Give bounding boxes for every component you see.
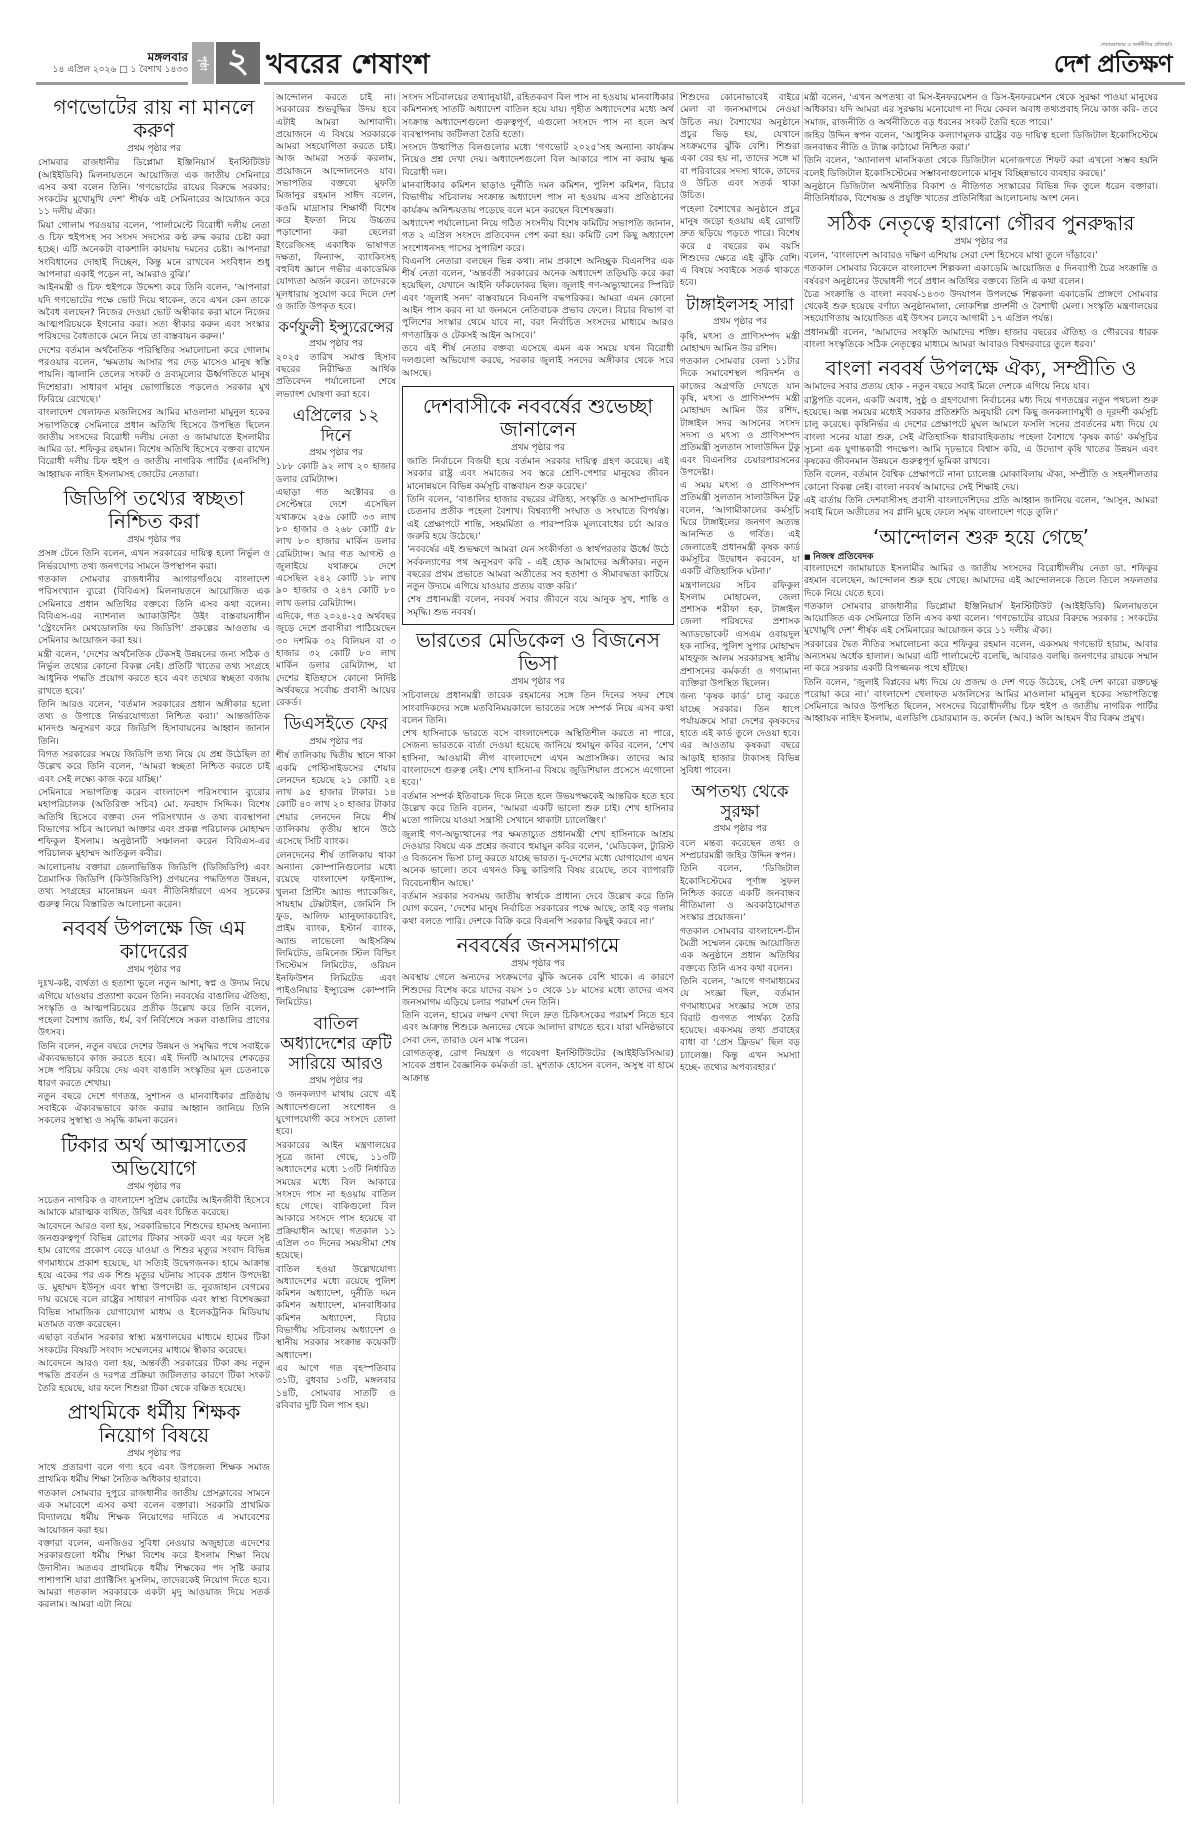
column-divider	[273, 92, 274, 1804]
newspaper-brand: শেয়ারবাজার ও অর্থনীতির প্রতিচ্ছবি দেশ প…	[1054, 42, 1172, 79]
story-paragraph: বিগত সরকারের সময়ে জিডিপি তথ্য নিয়ে যে …	[38, 749, 270, 786]
story-paragraph: সংসদ সচিবালয়ের তথ্যানুযায়ী, রহিতকরণ বি…	[402, 92, 674, 141]
story-paragraph: বর্তমান সম্পর্ক ইতিবাচক দিকে নিতে হলে উভ…	[402, 791, 674, 828]
continuation-label: প্রথম পৃষ্ঠার পর	[402, 958, 674, 970]
story-paragraph: এর আগে গত বৃহস্পতিবার ৩১টি, বুধবার ১৩টি,…	[276, 1363, 396, 1412]
continuation-label: প্রথম পৃষ্ঠার পর	[407, 442, 669, 454]
story-karnaphuli[interactable]: কর্ণফুলী ইন্স্যুরেন্সের প্রথম পৃষ্ঠার পর…	[276, 319, 396, 401]
story-remittance[interactable]: এপ্রিলের ১২ দিনে প্রথম পৃষ্ঠার পর ১৮৮ কো…	[276, 407, 396, 709]
story-paragraph: আবেদনে আরও বলা হয়, সরকারিভাবে শিশুদের হ…	[38, 1221, 270, 1332]
headline: জিডিপি তথ্যের স্বচ্ছতা নিশ্চিত করা	[38, 487, 270, 533]
column-divider	[677, 92, 678, 1804]
continuation-label: প্রথম পৃষ্ঠার পর	[38, 534, 270, 546]
headline: নববর্ষ উপলক্ষে জি এম কাদেরের	[38, 917, 270, 963]
story-paragraph: গতকাল সোমবার বেলা ১১টার দিকে সমাবেশস্থল …	[680, 356, 800, 479]
story-paragraph: দেশের বর্তমান অর্থনৈতিক পরিস্থিতির সমালো…	[38, 345, 270, 406]
story-paragraph: গতকাল সোমবার বাংলাদেশ-চীন মৈত্রী সম্মেলন…	[680, 926, 800, 975]
headline: টিকার অর্থ আত্মসাতের অভিযোগে	[38, 1134, 270, 1180]
story-paragraph: পহেলা বৈশাখের অনুষ্ঠানে প্রচুর মানুষ জড়…	[680, 204, 800, 290]
story-continuation[interactable]: আন্দোলন করতে চাই না। সরকারের শুভবুদ্ধির …	[276, 92, 396, 313]
continuation-label: প্রথম পৃষ্ঠার পর	[38, 1181, 270, 1193]
column-5: মন্ত্রী বলেন, ‘এখন অপতথ্য বা মিস-ইনফরমেশ…	[804, 92, 1158, 1804]
story-paragraph: গতকাল সোমবার রাজধানীর ডিপ্লোমা ইঞ্জিনিয়…	[804, 601, 1158, 638]
story-paragraph: কৃষি, মৎস্য ও প্রাণিসম্পদ মন্ত্রী মোহাম্…	[680, 331, 800, 356]
story-paragraph: রাষ্ট্রপতি বলেন, একটি অবাধ, সুষ্ঠু ও গ্র…	[804, 395, 1158, 469]
headline: বাংলা নববর্ষ উপলক্ষে ঐক্য, সম্প্রীতি ও	[804, 357, 1158, 380]
story-paragraph: গতকাল সোমবার রাজধানীর আগারগাঁওয়ে বাংলাদ…	[38, 574, 270, 648]
headline: টাঙ্গাইলসহ সারা	[680, 296, 800, 316]
story-paragraph: বাংলাদেশ খেলাফত মজলিসের আমির মাওলানা মাম…	[38, 407, 270, 481]
story-paragraph: অধ্যাদেশ পর্যালোচনা নিয়ে গঠিত সংসদীয় ব…	[402, 218, 674, 255]
story-paragraph: এই বার্তায় তিনি দেশবাসীসহ প্রবাসী বাংলা…	[804, 495, 1158, 520]
headline: বাতিল অধ্যাদেশের ত্রুটি সারিয়ে আরও	[276, 1015, 396, 1074]
column-divider	[802, 92, 803, 1804]
story-paragraph: সোমবার রাজধানীর ডিপ্লোমা ইঞ্জিনিয়ার্স ই…	[38, 157, 270, 218]
story-paragraph: সরকারের দ্বৈত নীতির সমালোচনা করে শফিকুর …	[804, 639, 1158, 676]
story-paragraph: জাতি নির্বাচনে বিজয়ী হয়ে বর্তমান সরকার…	[407, 456, 669, 493]
story-paragraph: অনুষ্ঠানে ডিজিটাল অর্থনীতির বিকাশ ও নীতি…	[804, 181, 1158, 206]
story-paragraph: মিয়া গোলাম পরওয়ার বলেন, ‘পার্লামেন্টে …	[38, 220, 270, 281]
column-1: গণভোটের রায় না মানলে করুণ প্রথম পৃষ্ঠার…	[38, 92, 270, 1804]
column-4: শিশুদের কোনোভাবেই বাইরে মেলা বা জনসমাগমে…	[680, 92, 800, 1804]
continuation-label: প্রথম পৃষ্ঠার পর	[402, 676, 674, 688]
story-paragraph: আইনমন্ত্রী ও চিফ হুইপকে উদ্দেশ্য করে তিন…	[38, 282, 270, 343]
story-unity-harmony[interactable]: বাংলা নববর্ষ উপলক্ষে ঐক্য, সম্প্রীতি ও আ…	[804, 357, 1158, 519]
story-paragraph: বলেন, ‘বাংলাদেশ আবারও দক্ষিণ এশিয়ায় সে…	[804, 250, 1158, 262]
continuation-label: প্রথম পৃষ্ঠার পর	[276, 447, 396, 459]
story-paragraph: মন্ত্রণালয়ের সচিব রফিকুল ইসলাম মোহামেল,…	[680, 580, 800, 691]
story-movement-started[interactable]: ‘আন্দোলন শুরু হয়ে গেছে’ নিজস্ব প্রতিবেদ…	[804, 526, 1158, 726]
story-paragraph: জুলাই গণ-অভ্যুত্থানের পর ক্ষমতাচ্যুত প্র…	[402, 829, 674, 890]
story-paragraph: প্রধানমন্ত্রী বলেন, ‘আমাদের সংস্কৃতি আমা…	[804, 327, 1158, 352]
story-gdp[interactable]: জিডিপি তথ্যের স্বচ্ছতা নিশ্চিত করা প্রথম…	[38, 487, 270, 911]
story-paragraph: তিনি বলেন, ‘ডিজিটাল ইকোসিস্টেমের পূর্ণাঙ…	[680, 863, 800, 924]
story-paragraph: তিনি বলেন, ‘আগে গণমাধ্যমের যে সংজ্ঞা ছিল…	[680, 976, 800, 1074]
headline: প্রাথমিকে ধর্মীয় শিক্ষক নিয়োগ বিষয়ে	[38, 1401, 270, 1447]
story-paragraph: সংসদে উত্থাপিত বিলগুলোর মধ্যে ‘গণভোট ২০২…	[402, 142, 674, 179]
continuation-label: প্রথম পৃষ্ঠার পর	[38, 1448, 270, 1460]
story-gonovote[interactable]: গণভোটের রায় না মানলে করুণ প্রথম পৃষ্ঠার…	[38, 96, 270, 481]
story-paragraph: আমাদের সবার প্রত্যয় হোক - নতুন বছরে সবা…	[804, 381, 1158, 393]
story-paragraph: বক্তারা বলেন, এনজিওর সুবিধা নেওয়ার অজুহ…	[38, 1538, 270, 1612]
story-paragraph: শেষ প্রধানমন্ত্রী বলেন, নববর্ষ সবার জীবন…	[407, 594, 669, 619]
page-masthead: মঙ্গলবার ১৪ এপ্রিল ২০২৬ □ ১ বৈশাখ ১৪৩৩ প…	[0, 0, 1200, 82]
headline: কর্ণফুলী ইন্স্যুরেন্সের	[276, 319, 396, 336]
byline: নিজস্ব প্রতিবেদক	[804, 551, 1158, 563]
continuation-label: প্রথম পৃষ্ঠার পর	[680, 823, 800, 835]
story-paragraph: সচিবালয়ে প্রধানমন্ত্রী তারেক রহমানের সঙ…	[402, 690, 674, 727]
story-paragraph: রোগতত্ত্ব, রোগ নিয়ন্ত্রণ ও গবেষণা ইনস্ট…	[402, 1048, 674, 1085]
headline: নববর্ষের জনসমাগমে	[402, 934, 674, 957]
headline: সঠিক নেতৃত্বে হারানো গৌরব পুনরুদ্ধার	[804, 212, 1158, 235]
story-lost-glory[interactable]: সঠিক নেতৃত্বে হারানো গৌরব পুনরুদ্ধার প্র…	[804, 212, 1158, 352]
column-2: আন্দোলন করতে চাই না। সরকারের শুভবুদ্ধির …	[276, 92, 396, 1804]
story-crowd-measles[interactable]: নববর্ষের জনসমাগমে প্রথম পৃষ্ঠার পর অবস্থ…	[402, 934, 674, 1085]
story-misinformation[interactable]: অপতথ্য থেকে সুরক্ষা প্রথম পৃষ্ঠার পর বলে…	[680, 783, 800, 1074]
story-paragraph: অবস্থায় গেলে অন্যদের সংক্রমণের ঝুঁকি অন…	[402, 972, 674, 1009]
story-gm-quader[interactable]: নববর্ষ উপলক্ষে জি এম কাদেরের প্রথম পৃষ্ঠ…	[38, 917, 270, 1128]
masthead-rule-right	[264, 82, 1185, 85]
page-number: ২	[216, 42, 260, 84]
story-paragraph: এছাড়া বর্তমান সরকার স্বাস্থ্য মন্ত্রণাল…	[38, 1332, 270, 1357]
story-paragraph: বাতিল হওয়া উল্লেখযোগ্য অধ্যাদেশের মধ্যে…	[276, 1264, 396, 1362]
story-paragraph: বাংলাদেশে জামায়াতে ইসলামীর আমির ও জাতীয…	[804, 563, 1158, 600]
continuation-label: প্রথম পৃষ্ঠার পর	[276, 338, 396, 350]
continuation-label: প্রথম পৃষ্ঠার পর	[276, 736, 396, 748]
continuation-label: প্রথম পৃষ্ঠার পর	[276, 1075, 396, 1087]
story-continuation[interactable]: মন্ত্রী বলেন, ‘এখন অপতথ্য বা মিস-ইনফরমেশ…	[804, 92, 1158, 206]
story-paragraph: তবে এই শীর্ষ নেতার বক্তব্য এসেছে এমন এক …	[402, 343, 674, 380]
story-religious-teacher[interactable]: প্রাথমিকে ধর্মীয় শিক্ষক নিয়োগ বিষয়ে প…	[38, 1401, 270, 1612]
story-paragraph: মন্ত্রী বলেন, ‘এখন অপতথ্য বা মিস-ইনফরমেশ…	[804, 92, 1158, 129]
story-paragraph: মানবাধিকার কমিশন ছাড়াও দুর্নীতি দমন কমি…	[402, 180, 674, 217]
story-paragraph: এছাড়া গত অক্টোবর ও সেপ্টেম্বরে দেশে এসে…	[276, 487, 396, 610]
story-paragraph: শীর্ষ তালিকায় দ্বিতীয় স্থানে থাকা একমি…	[276, 750, 396, 848]
story-paragraph: বলে মন্তব্য করেছেন তথ্য ও সম্প্রচারমন্ত্…	[680, 838, 800, 863]
story-paragraph: শেখ হাসিনাকে ভারতে বসে বাংলাদেশকে অস্থিত…	[402, 728, 674, 789]
issue-date-block: মঙ্গলবার ১৪ এপ্রিল ২০২৬ □ ১ বৈশাখ ১৪৩৩	[53, 50, 188, 76]
issue-date: ১৪ এপ্রিল ২০২৬ □ ১ বৈশাখ ১৪৩৩	[53, 64, 188, 76]
headline: গণভোটের রায় না মানলে করুণ	[38, 96, 270, 142]
story-paragraph: শিশুদের কোনোভাবেই বাইরে মেলা বা জনসমাগমে…	[680, 92, 800, 203]
story-paragraph: প্রসঙ্গ টেনে তিনি বলেন, এখন সরকারের দায়…	[38, 548, 270, 573]
story-paragraph: সচেতন নাগরিক ও বাংলাদেশ সুপ্রিম কোর্টের …	[38, 1195, 270, 1220]
story-paragraph: সাথে প্রতারণা বলে গণ্য হবে এবং উপজেলা শি…	[38, 1462, 270, 1487]
story-paragraph: ও জনকল্যাণ মাথায় রেখে এই অধ্যাদেশগুলো স…	[276, 1089, 396, 1138]
continuation-label: প্রথম পৃষ্ঠার পর	[680, 316, 800, 328]
story-paragraph: গতকাল সোমবার দুপুরে রাজধানীর জাতীয় প্রে…	[38, 1488, 270, 1537]
story-paragraph: আবেদনে আরও বলা হয়, অন্তর্বর্তী সরকারের …	[38, 1358, 270, 1395]
story-vaccine[interactable]: টিকার অর্থ আত্মসাতের অভিযোগে প্রথম পৃষ্ঠ…	[38, 1134, 270, 1395]
column-divider	[399, 92, 400, 1804]
story-tangail[interactable]: টাঙ্গাইলসহ সারা প্রথম পৃষ্ঠার পর কৃষি, ম…	[680, 296, 800, 778]
story-paragraph: এদিকে, গত ২০২৪-২৫ অর্থবছর জুড়ে দেশে প্র…	[276, 611, 396, 709]
story-paragraph: আলোচনায় বক্তারা জেলাভিত্তিক জিডিপি (ডিজ…	[38, 862, 270, 911]
story-paragraph: বর্তমান সরকার সবসময় জাতীয় স্বার্থকে প্…	[402, 891, 674, 928]
story-paragraph: এ সময় মৎস্য ও প্রাণিসম্পদ প্রতিমন্ত্রী …	[680, 480, 800, 578]
story-paragraph: ২০২৫ তারিখ সমাপ্ত হিসাব বছরের নিরীক্ষিত …	[276, 352, 396, 401]
story-paragraph: তিনি বলেন, ‘জুলাই বিপ্লবের মধ্য দিয়ে যে…	[804, 677, 1158, 726]
story-continuation[interactable]: শিশুদের কোনোভাবেই বাইরে মেলা বা জনসমাগমে…	[680, 92, 800, 290]
issue-day: মঙ্গলবার	[53, 50, 188, 64]
brand-tagline: শেয়ারবাজার ও অর্থনীতির প্রতিচ্ছবি	[1054, 42, 1172, 49]
story-paragraph: তিনি বলেন, নতুন বছরে দেশের উন্নয়ন ও সমৃ…	[38, 1041, 270, 1090]
story-paragraph: সরকারের আইন মন্ত্রণালয়ের সূত্রে জানা গে…	[276, 1140, 396, 1263]
story-paragraph: তিনি বলেন, ‘বাঙালির হাজার বছরের ঐতিহ্য, …	[407, 494, 669, 543]
continuation-label: প্রথম পৃষ্ঠার পর	[38, 143, 270, 155]
newspaper-logo: দেশ প্রতিক্ষণ	[1054, 49, 1172, 79]
story-paragraph: জন্য ‘কৃষক কার্ড’ চালু করতে যাচ্ছে সরকার…	[680, 691, 800, 777]
story-ordinance[interactable]: বাতিল অধ্যাদেশের ত্রুটি সারিয়ে আরও প্রথ…	[276, 1015, 396, 1412]
story-paragraph: দুঃখ-কষ্ট, ব্যর্থতা ও হতাশা ভুলে নতুন আশ…	[38, 978, 270, 1039]
continuation-label: প্রথম পৃষ্ঠার পর	[38, 964, 270, 976]
story-paragraph: লেনদেনের শীর্ষ তালিকায় থাকা অন্যান্য কো…	[276, 850, 396, 1010]
story-paragraph: বিএনপি নেতারা বলছেন ভিন্ন কথা। নাম প্রকা…	[402, 256, 674, 342]
story-dse[interactable]: ডিএসইতে ফের প্রথম পৃষ্ঠার পর শীর্ষ তালিক…	[276, 715, 396, 1009]
story-paragraph: আন্দোলন করতে চাই না। সরকারের শুভবুদ্ধির …	[276, 92, 396, 313]
story-paragraph: চৈত্র সংক্রান্তি ও বাংলা নববর্ষ-১৪৩৩ উদয…	[804, 289, 1158, 326]
story-paragraph: ১৮৮ কোটি ৯২ লাখ ২০ হাজার ডলার রেমিট্যান্…	[276, 461, 396, 486]
continuation-label: প্রথম পৃষ্ঠার পর	[804, 236, 1158, 248]
masthead-rule-left	[36, 82, 188, 85]
story-paragraph: নতুন বছরে দেশে গণতন্ত্র, সুশাসন ও মানবাধ…	[38, 1091, 270, 1128]
page-label: পৃষ্ঠা	[192, 42, 214, 84]
story-paragraph: তিনি বলেন, হামের লক্ষণ দেখা দিলে দ্রুত চ…	[402, 1010, 674, 1047]
story-paragraph: তিনি বলেন, বর্তমান বৈশ্বিক প্রেক্ষাপটে ন…	[804, 469, 1158, 494]
headline: ভারতের মেডিকেল ও বিজনেস ভিসা	[402, 629, 674, 675]
story-paragraph: জহির উদ্দিন স্বপন বলেন, ‘আধুনিক কল্যাণমূ…	[804, 130, 1158, 155]
headline: এপ্রিলের ১২ দিনে	[276, 407, 396, 446]
story-paragraph: ‘নববর্ষের এই শুভক্ষণে আমরা যেন সংকীর্ণতা…	[407, 544, 669, 593]
column-3: সংসদ সচিবালয়ের তথ্যানুযায়ী, রহিতকরণ বি…	[402, 92, 674, 1804]
headline: ‘আন্দোলন শুরু হয়ে গেছে’	[804, 526, 1158, 549]
story-new-year-greetings[interactable]: দেশবাসীকে নববর্ষের শুভেচ্ছা জানালেন প্রথ…	[402, 386, 674, 625]
story-paragraph: তিনি বলেন, ‘অ্যানালগ মানসিকতা থেকে ডিজিট…	[804, 155, 1158, 180]
story-india-visa[interactable]: ভারতের মেডিকেল ও বিজনেস ভিসা প্রথম পৃষ্ঠ…	[402, 629, 674, 928]
story-paragraph: গতকাল সোমবার বিকেলে বাংলাদেশ শিল্পকলা এক…	[804, 263, 1158, 288]
story-continuation[interactable]: সংসদ সচিবালয়ের তথ্যানুযায়ী, রহিতকরণ বি…	[402, 92, 674, 380]
headline: দেশবাসীকে নববর্ষের শুভেচ্ছা জানালেন	[407, 395, 669, 441]
headline: অপতথ্য থেকে সুরক্ষা	[680, 783, 800, 822]
headline: ডিএসইতে ফের	[276, 715, 396, 735]
story-paragraph: মন্ত্রী বলেন, ‘দেশের অর্থনৈতিক টেকসই উন্…	[38, 649, 270, 698]
story-paragraph: তিনি আরও বলেন, ‘বর্তমান সরকারের প্রধান অ…	[38, 699, 270, 748]
story-paragraph: সেমিনারে সভাপতিত্ব করেন বাংলাদেশ পরিসংখ্…	[38, 787, 270, 861]
